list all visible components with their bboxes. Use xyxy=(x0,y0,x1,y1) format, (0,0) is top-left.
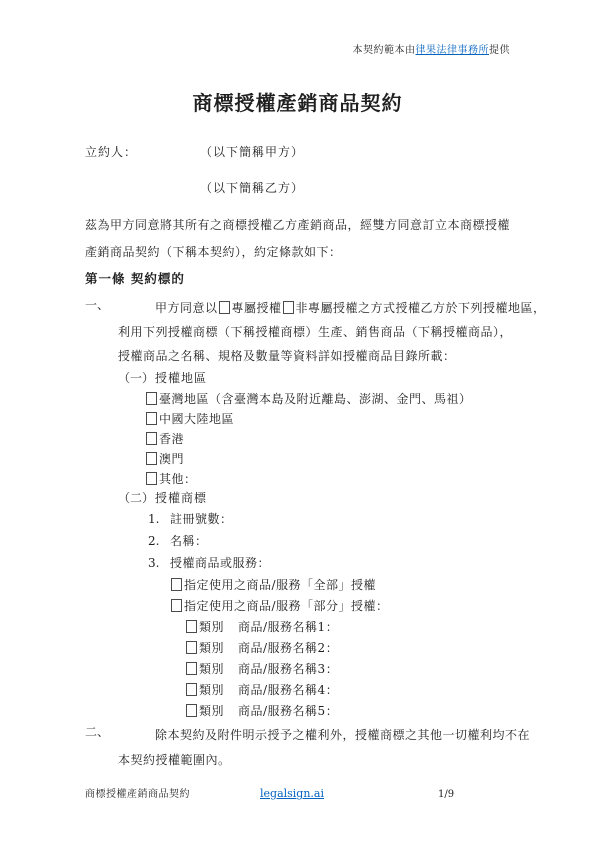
page-content: 本契約範本由律果法律事務所提供 商標授權產銷商品契約 立約人： （以下簡稱甲方）… xyxy=(0,0,595,773)
header-suffix-text: 提供 xyxy=(489,45,510,56)
category-label: 類別 xyxy=(199,639,224,656)
scope-option-full: 指定使用之商品/服務「全部」授權 xyxy=(170,574,510,595)
trademark-item-number: 1. xyxy=(148,508,170,530)
option-nonexclusive-label: 非專屬授權 xyxy=(296,301,359,315)
clause-2: 二、 除本契約及附件明示授予之權利外，授權商標之其他一切權利均不在 本契約授權範… xyxy=(118,723,510,773)
category-label: 類別 xyxy=(199,702,224,719)
trademark-section-heading: （二） 授權商標 xyxy=(118,488,510,508)
trademark-section-number: （二） xyxy=(118,488,155,508)
document-title: 商標授權產銷商品契約 xyxy=(85,88,510,118)
document-header: 本契約範本由律果法律事務所提供 xyxy=(85,44,510,58)
document-page: 本契約範本由律果法律事務所提供 商標授權產銷商品契約 立約人： （以下簡稱甲方）… xyxy=(0,0,595,842)
trademark-item-number: 2. xyxy=(148,530,170,552)
scope-option-partial: 指定使用之商品/服務「部分」授權： xyxy=(170,595,510,616)
checkbox-region-hongkong[interactable] xyxy=(146,432,157,445)
checkbox-nonexclusive-license[interactable] xyxy=(283,301,294,314)
clause-1-text-pre: 甲方同意以 xyxy=(155,301,218,315)
article-1-heading: 第一條 契約標的 xyxy=(85,270,510,287)
checkbox-category-1[interactable] xyxy=(186,620,197,633)
category-name-label: 商品/服務名稱1： xyxy=(238,618,338,635)
region-section-heading: （一） 授權地區 xyxy=(118,368,510,388)
law-firm-link[interactable]: 律果法律事務所 xyxy=(416,45,490,56)
region-option-hongkong: 香港 xyxy=(145,428,510,448)
region-option-macau: 澳門 xyxy=(145,448,510,468)
category-label: 類別 xyxy=(199,660,224,677)
clause-1-line-3: 授權商品之名稱、規格及數量等資料詳如授權商品目錄所載： xyxy=(118,344,510,368)
trademark-item-label: 註冊號數： xyxy=(170,512,233,526)
party-label-spacer xyxy=(85,180,200,196)
checkbox-region-other[interactable] xyxy=(146,472,157,485)
checkbox-category-5[interactable] xyxy=(186,704,197,717)
party-label: 立約人： xyxy=(85,144,200,160)
checkbox-scope-full[interactable] xyxy=(171,578,182,591)
scope-option-label: 指定使用之商品/服務「部分」授權： xyxy=(184,597,389,614)
clause-2-number: 二、 xyxy=(85,723,109,740)
trademark-item-label: 授權商品或服務： xyxy=(170,556,270,570)
header-prefix-text: 本契約範本由 xyxy=(353,45,416,56)
clause-1-text-post: 之方式授權乙方於下列授權地區， xyxy=(358,301,546,315)
clause-1-line-2: 利用下列授權商標（下稱授權商標）生產、銷售商品（下稱授權商品）， xyxy=(118,320,510,344)
region-option-label: 其他： xyxy=(159,470,197,487)
category-row-4: 類別商品/服務名稱4： xyxy=(185,679,510,700)
category-row-2: 類別商品/服務名稱2： xyxy=(185,637,510,658)
region-section-number: （一） xyxy=(118,368,155,388)
checkbox-category-3[interactable] xyxy=(186,662,197,675)
page-number: 1/9 xyxy=(438,788,454,802)
clause-1: 一、 甲方同意以專屬授權非專屬授權之方式授權乙方於下列授權地區， 利用下列授權商… xyxy=(118,296,510,368)
trademark-item-name: 2.名稱： xyxy=(148,530,510,552)
checkbox-scope-partial[interactable] xyxy=(171,599,182,612)
region-options-list: 臺灣地區（含臺灣本島及附近離島、澎湖、金門、馬祖） 中國大陸地區 香港 澳門 其… xyxy=(85,388,510,488)
party-a-alias: （以下簡稱甲方） xyxy=(200,144,304,160)
region-option-china: 中國大陸地區 xyxy=(145,408,510,428)
category-name-label: 商品/服務名稱5： xyxy=(238,702,338,719)
category-row-1: 類別商品/服務名稱1： xyxy=(185,616,510,637)
party-b-row: （以下簡稱乙方） xyxy=(85,180,510,196)
category-label: 類別 xyxy=(199,618,224,635)
region-option-label: 臺灣地區（含臺灣本島及附近離島、澎湖、金門、馬祖） xyxy=(159,390,472,407)
checkbox-category-4[interactable] xyxy=(186,683,197,696)
license-scope-options: 指定使用之商品/服務「全部」授權 指定使用之商品/服務「部分」授權： xyxy=(85,574,510,616)
preamble-line-1: 茲為甲方同意將其所有之商標授權乙方產銷商品，經雙方同意訂立本商標授權 xyxy=(85,212,510,239)
footer-document-title: 商標授權產銷商品契約 xyxy=(85,788,190,802)
document-footer: 商標授權產銷商品契約 legalsign.ai 1/9 xyxy=(85,787,510,803)
trademark-item-registration: 1.註冊號數： xyxy=(148,508,510,530)
checkbox-region-taiwan[interactable] xyxy=(146,392,157,405)
region-option-taiwan: 臺灣地區（含臺灣本島及附近離島、澎湖、金門、馬祖） xyxy=(145,388,510,408)
option-exclusive-label: 專屬授權 xyxy=(232,301,282,315)
category-list: 類別商品/服務名稱1： 類別商品/服務名稱2： 類別商品/服務名稱3： 類別商品… xyxy=(85,616,510,721)
scope-option-label: 指定使用之商品/服務「全部」授權 xyxy=(184,576,376,593)
region-option-label: 中國大陸地區 xyxy=(159,410,234,427)
checkbox-region-china[interactable] xyxy=(146,412,157,425)
checkbox-region-macau[interactable] xyxy=(146,452,157,465)
category-label: 類別 xyxy=(199,681,224,698)
party-a-row: 立約人： （以下簡稱甲方） xyxy=(85,144,510,160)
trademark-item-label: 名稱： xyxy=(170,534,208,548)
trademark-item-goods-services: 3.授權商品或服務： xyxy=(148,552,510,574)
clause-2-line-2: 本契約授權範圍內。 xyxy=(118,748,510,773)
region-section-label: 授權地區 xyxy=(155,368,207,388)
party-b-alias: （以下簡稱乙方） xyxy=(200,180,304,196)
category-name-label: 商品/服務名稱4： xyxy=(238,681,338,698)
category-row-3: 類別商品/服務名稱3： xyxy=(185,658,510,679)
preamble: 茲為甲方同意將其所有之商標授權乙方產銷商品，經雙方同意訂立本商標授權 產銷商品契… xyxy=(85,212,510,266)
preamble-line-2: 產銷商品契約（下稱本契約），約定條款如下： xyxy=(85,239,510,266)
trademark-section-label: 授權商標 xyxy=(155,488,207,508)
region-option-label: 澳門 xyxy=(159,450,184,467)
category-name-label: 商品/服務名稱2： xyxy=(238,639,338,656)
region-option-other: 其他： xyxy=(145,468,510,488)
clause-1-line-1: 甲方同意以專屬授權非專屬授權之方式授權乙方於下列授權地區， xyxy=(118,296,510,320)
trademark-item-number: 3. xyxy=(148,552,170,574)
category-name-label: 商品/服務名稱3： xyxy=(238,660,338,677)
checkbox-category-2[interactable] xyxy=(186,641,197,654)
region-option-label: 香港 xyxy=(159,430,184,447)
legalsign-link[interactable]: legalsign.ai xyxy=(260,787,324,801)
clause-1-number: 一、 xyxy=(85,296,109,313)
clause-2-line-1: 除本契約及附件明示授予之權利外，授權商標之其他一切權利均不在 xyxy=(118,723,510,748)
checkbox-exclusive-license[interactable] xyxy=(219,301,230,314)
category-row-5: 類別商品/服務名稱5： xyxy=(185,700,510,721)
